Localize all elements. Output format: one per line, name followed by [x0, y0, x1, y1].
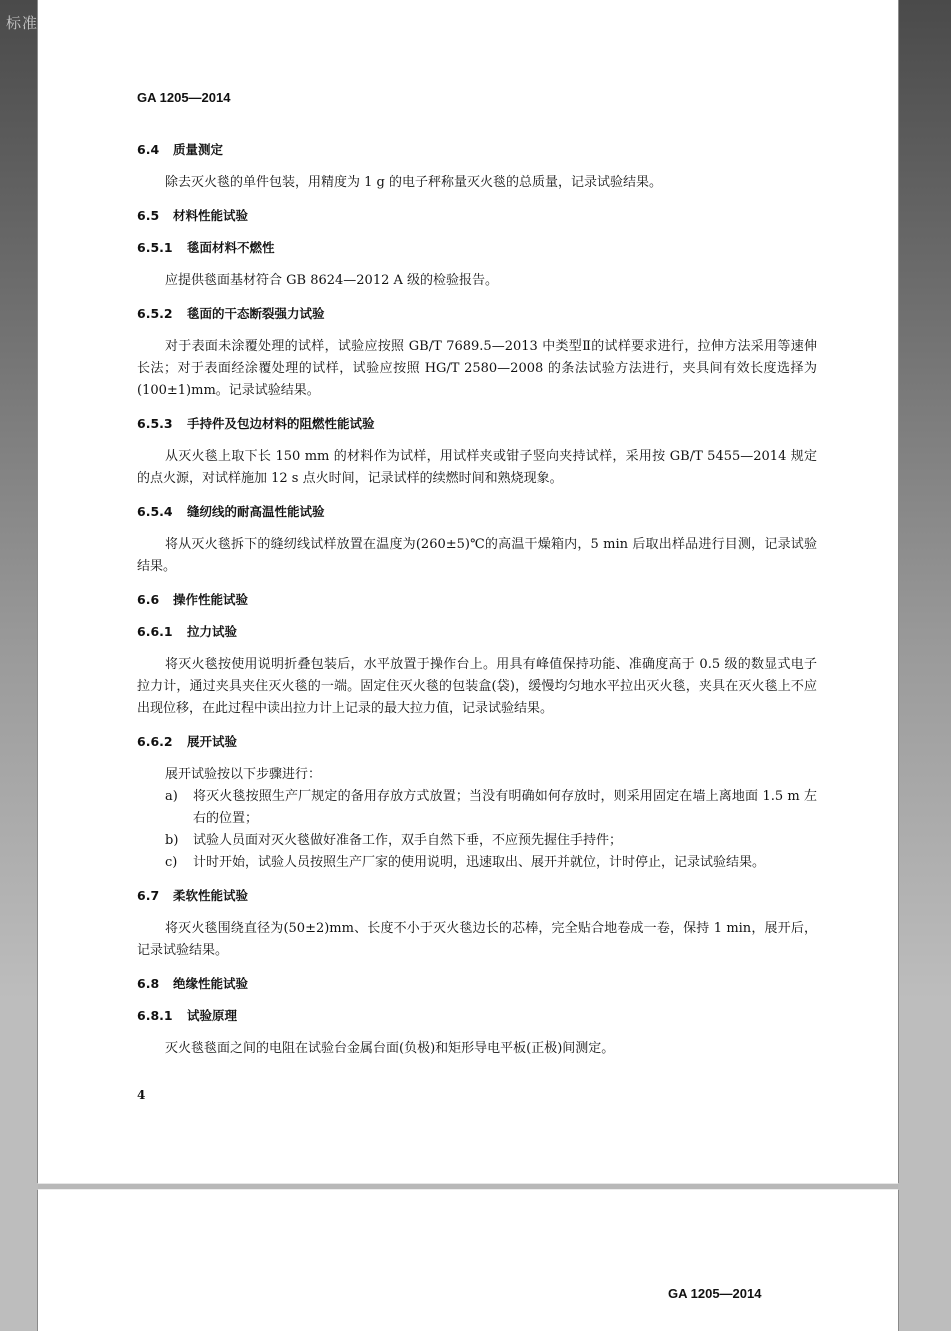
document-page-5: GA 1205—2014	[38, 1190, 898, 1331]
section-heading-6-4: 6.4质量测定	[137, 140, 817, 160]
section-heading-6-7: 6.7柔软性能试验	[137, 886, 817, 906]
section-heading-6-8-1: 6.8.1试验原理	[137, 1006, 817, 1026]
section-paragraph: 对于表面未涂覆处理的试样，试验应按照 GB/T 7689.5—2013 中类型Ⅱ…	[137, 336, 817, 402]
section-paragraph: 灭火毯毯面之间的电阻在试验台金属台面(负极)和矩形导电平板(正极)间测定。	[137, 1038, 817, 1060]
page-separator	[38, 1183, 898, 1190]
page-number: 4	[137, 1088, 145, 1102]
section-heading-6-5-2: 6.5.2毯面的干态断裂强力试验	[137, 304, 817, 324]
section-paragraph: 除去灭火毯的单件包装，用精度为 1 g 的电子秤称量灭火毯的总质量，记录试验结果…	[137, 172, 817, 194]
section-heading-6-5-4: 6.5.4缝纫线的耐高温性能试验	[137, 502, 817, 522]
list-item: b)试验人员面对灭火毯做好准备工作，双手自然下垂，不应预先握住手持件；	[137, 830, 817, 852]
section-paragraph: 将灭火毯按使用说明折叠包装后，水平放置于操作台上。用具有峰值保持功能、准确度高于…	[137, 654, 817, 720]
page-content: 6.4质量测定 除去灭火毯的单件包装，用精度为 1 g 的电子秤称量灭火毯的总质…	[137, 140, 817, 1060]
section-heading-6-5-3: 6.5.3手持件及包边材料的阻燃性能试验	[137, 414, 817, 434]
section-heading-6-5: 6.5材料性能试验	[137, 206, 817, 226]
section-heading-6-6-1: 6.6.1拉力试验	[137, 622, 817, 642]
section-paragraph: 应提供毯面基材符合 GB 8624—2012 A 级的检验报告。	[137, 270, 817, 292]
list-item: a)将灭火毯按照生产厂规定的备用存放方式放置；当没有明确如何存放时，则采用固定在…	[137, 786, 817, 830]
section-heading-6-8: 6.8绝缘性能试验	[137, 974, 817, 994]
section-heading-6-6: 6.6操作性能试验	[137, 590, 817, 610]
section-heading-6-5-1: 6.5.1毯面材料不燃性	[137, 238, 817, 258]
document-page-4: GA 1205—2014 6.4质量测定 除去灭火毯的单件包装，用精度为 1 g…	[38, 0, 898, 1183]
standard-code-header: GA 1205—2014	[668, 1286, 761, 1301]
standard-code-header: GA 1205—2014	[137, 90, 230, 105]
section-heading-6-6-2: 6.6.2展开试验	[137, 732, 817, 752]
list-item: c)计时开始，试验人员按照生产厂家的使用说明，迅速取出、展开并就位，计时停止，记…	[137, 852, 817, 874]
section-paragraph: 将灭火毯围绕直径为(50±2)mm、长度不小于灭火毯边长的芯棒，完全贴合地卷成一…	[137, 918, 817, 962]
section-paragraph: 从灭火毯上取下长 150 mm 的材料作为试样，用试样夹或钳子竖向夹持试样，采用…	[137, 446, 817, 490]
section-paragraph: 将从灭火毯拆下的缝纫线试样放置在温度为(260±5)℃的高温干燥箱内，5 min…	[137, 534, 817, 578]
list-intro: 展开试验按以下步骤进行：	[137, 764, 817, 786]
